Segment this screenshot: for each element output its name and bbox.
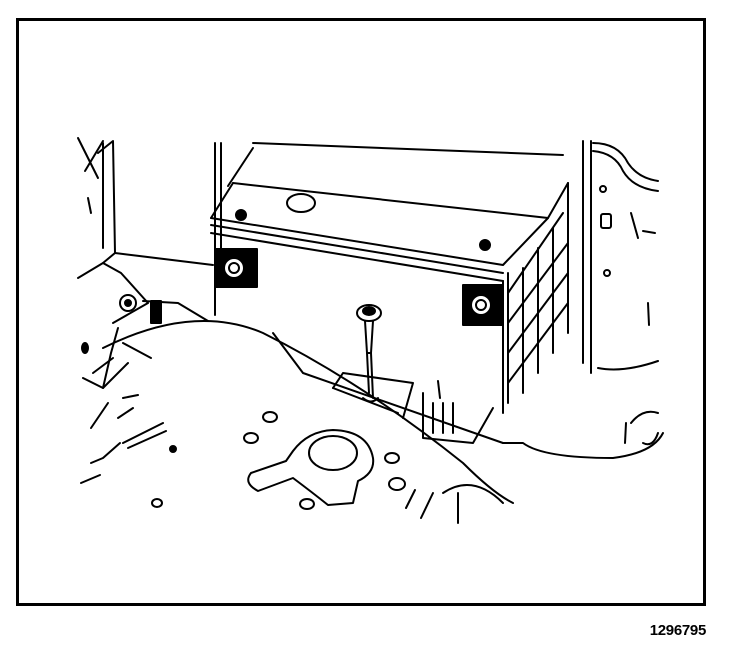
hold-down-bolt — [357, 305, 381, 402]
right-body-panel — [583, 141, 658, 444]
battery — [211, 143, 568, 413]
battery-installation-illustration — [19, 21, 703, 603]
figure-number: 1296795 — [650, 622, 706, 639]
left-bracket — [78, 138, 213, 388]
illustration-frame — [16, 18, 706, 606]
hold-down-bracket — [333, 373, 493, 443]
